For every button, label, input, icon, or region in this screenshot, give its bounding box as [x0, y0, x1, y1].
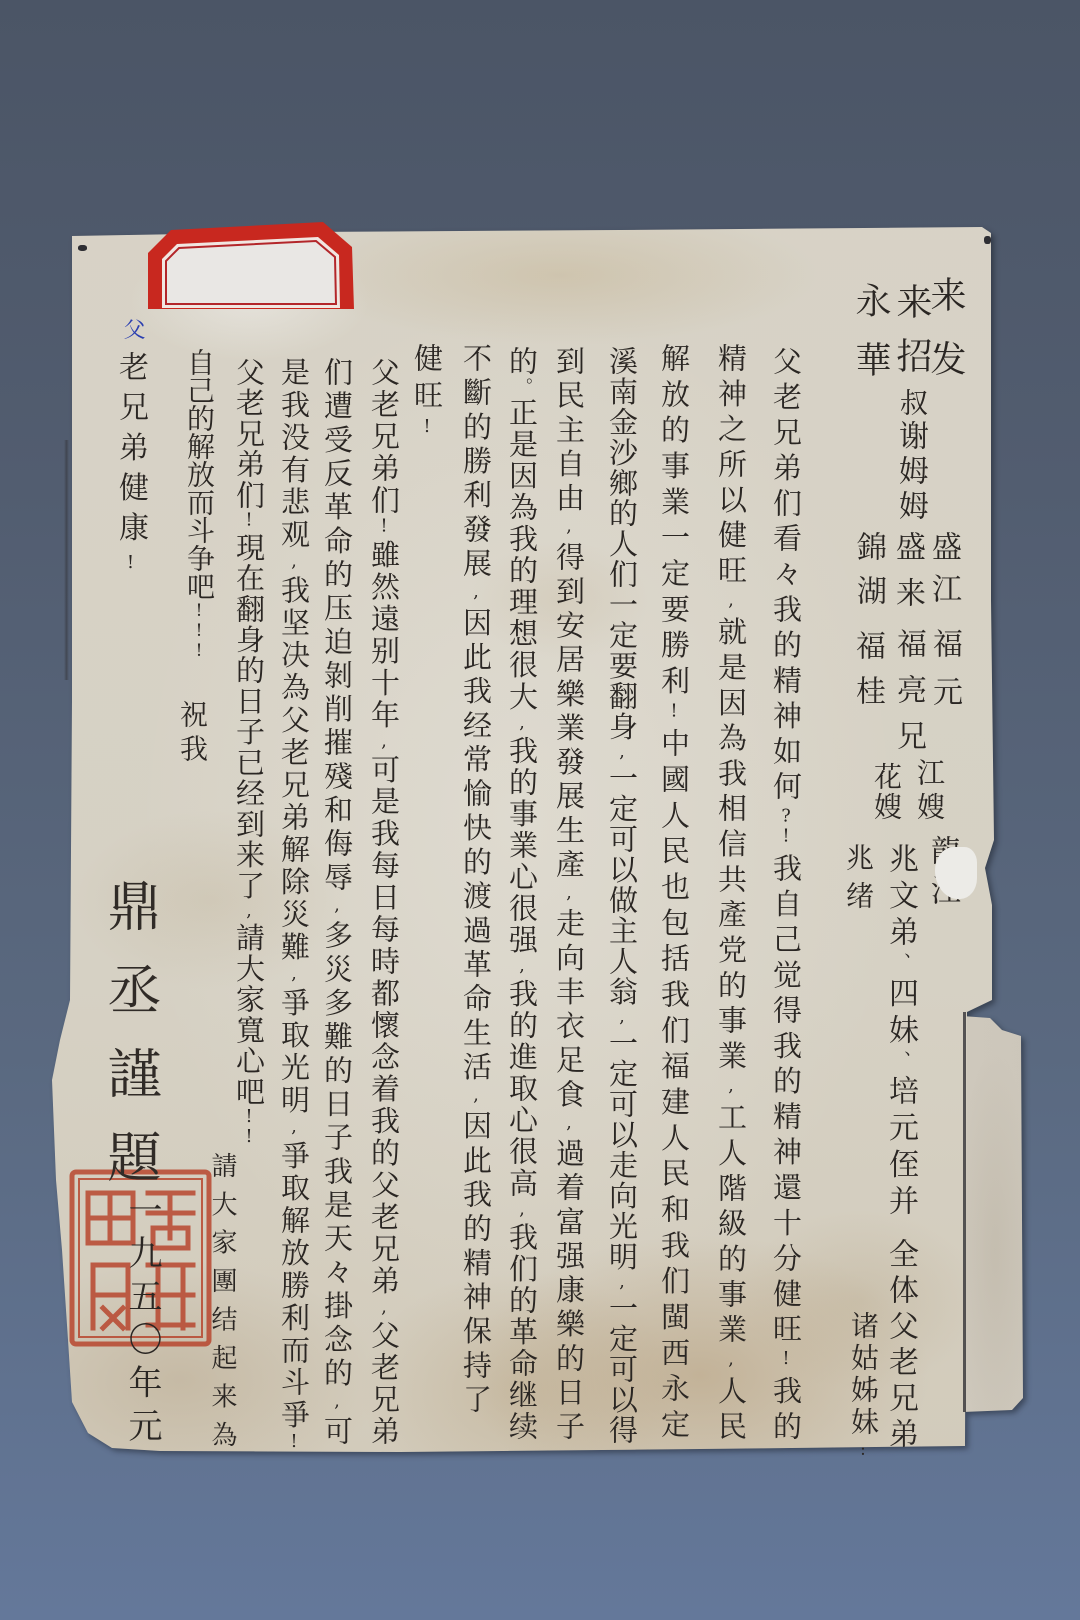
ink-spot: [78, 245, 87, 251]
addressee-name: 永華: [852, 282, 888, 377]
torn-hole: [935, 847, 977, 899]
addressee-name: 盛来: [892, 531, 922, 607]
closing-wish: 祝我: [178, 700, 206, 768]
addressee-name: 花嫂: [872, 762, 900, 820]
body-column: 自己的解放而斗争吧!!!: [185, 348, 213, 660]
body-column: 的。正是因為我的理想很大,我的事業心很强,我的進取心很高,我们的革命继续: [507, 346, 536, 1440]
label-frame-icon: [147, 219, 355, 311]
addressee-name: 来发: [927, 276, 963, 376]
body-column: 父老兄弟们!雖然遠别十年,可是我每日每時都懷念着我的父老兄弟,父老兄弟: [369, 357, 398, 1445]
addressee-name: 福元: [929, 628, 959, 706]
body-column: 是我没有悲观,我坚决為父老兄弟解除災難,爭取光明,爭取解放勝利而斗爭!: [279, 357, 308, 1452]
body-column: 不斷的勝利發展,因此我经常愉快的渡過革命生活,因此我的精神保持了: [461, 343, 490, 1413]
body-column: 請大家團结起来為: [209, 1152, 235, 1447]
addressee-name: 叔: [898, 388, 926, 416]
addressee-name: 兆文弟、四妹、培元侄并: [885, 843, 915, 1215]
addressee-name: 福亮兄: [893, 628, 923, 750]
date: 一九五〇年元: [125, 1192, 159, 1442]
body-column: 们遭受反革命的压迫剝削摧殘和侮辱,多災多難的日子我是天々掛念的,可: [322, 357, 351, 1445]
body-column: 父老兄弟们!現在翻身的日子已经到来了,請大家寬心吧!!: [234, 357, 263, 1147]
body-column: 父老兄弟们看々我的精神如何?!我自己觉得我的精神還十分健旺!我的: [771, 346, 800, 1440]
paper-crease: [64, 440, 69, 680]
body-column: 解放的事業一定要勝利!中國人民也包括我们福建人民和我们閩西永定: [659, 343, 688, 1438]
blue-annotation: 父: [121, 318, 143, 340]
addressee-group: 诸姑姊妹:: [849, 1311, 877, 1459]
closing-line: 老兄弟健康!: [115, 351, 145, 573]
addressee-name: 錦湖: [853, 531, 883, 605]
addressee-name: 谢姆姆: [895, 420, 925, 520]
addressee-group: 全体父老兄弟: [885, 1238, 915, 1448]
paper-edge-shadow: [963, 1012, 966, 1412]
signature: 鼎丞謹題: [103, 878, 157, 1183]
body-column: 到民主自由,得到安居樂業發展生產,走向丰衣足食,過着富强康樂的日子: [554, 346, 583, 1440]
addressee-name: 兆绪: [844, 843, 872, 909]
addressee-name: 盛江: [928, 531, 958, 603]
body-column: 健旺!: [412, 343, 441, 445]
addressee-name: 福桂: [852, 630, 882, 705]
body-column: 溪南金沙鄉的人们一定要翻身,一定可以做主人翁,一定可以走向光明,一定可以得: [607, 346, 636, 1444]
addressee-name: 来招: [893, 283, 929, 373]
ink-spot: [984, 236, 991, 244]
addressee-name: 江嫂: [915, 758, 943, 820]
label-tag: [147, 219, 355, 311]
body-column: 精神之所以健旺,就是因為我相信共產党的事業,工人階級的事業,人民: [716, 343, 745, 1440]
